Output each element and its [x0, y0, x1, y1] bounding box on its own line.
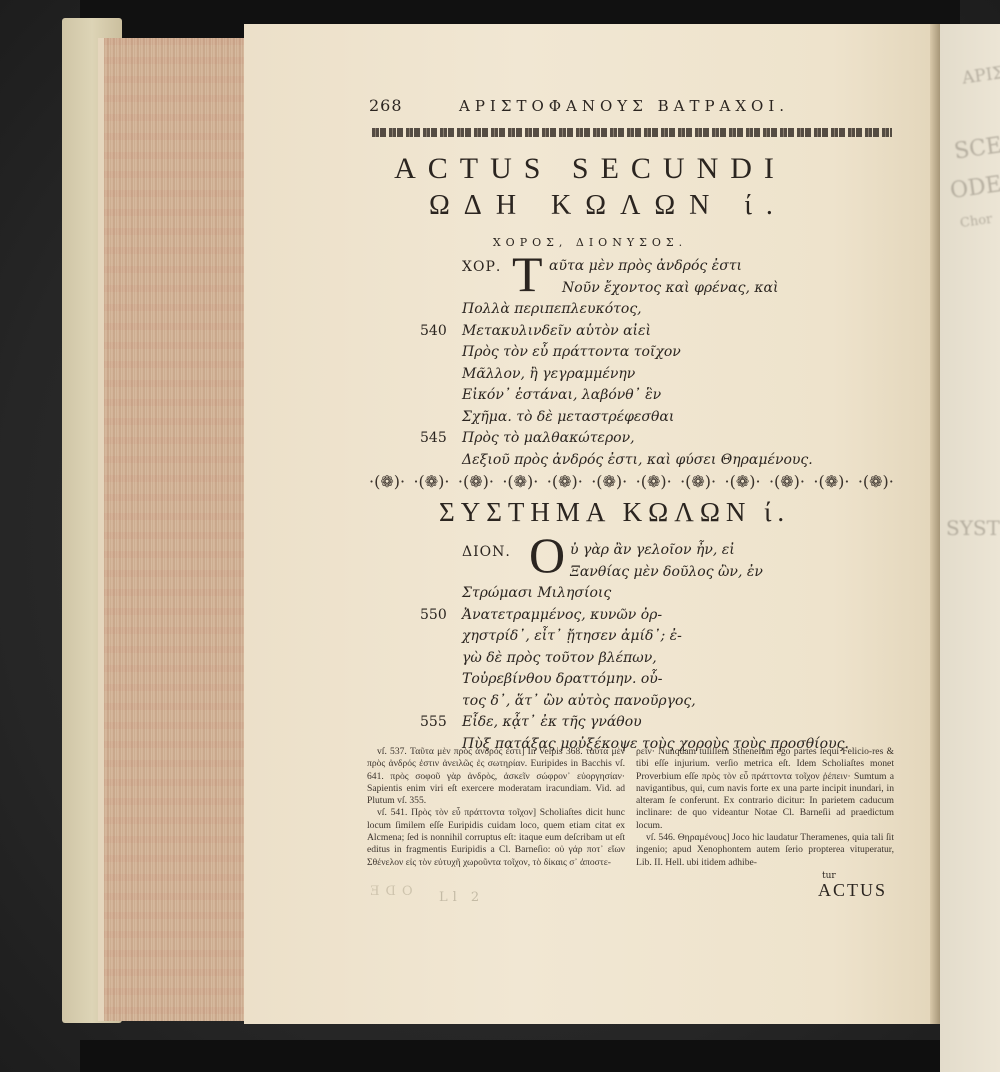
verse-line: Ξανθίας μὲν δοῦλος ὢν, ἐν	[570, 562, 763, 584]
verse-line: 555Εἶδε, κᾆτ᾽ ἐκ τῆς γνάθου	[462, 712, 849, 734]
speakers-line: ΧΟΡΟΣ, ΔΙΟΝΥΣΟΣ.	[244, 236, 936, 249]
verse-line: Σχῆμα. τὸ δὲ μεταστρέφεσθαι	[462, 407, 813, 429]
facing-fragment: ODE V	[949, 169, 1000, 204]
fleuron-icon: ·(❁)·	[680, 472, 716, 491]
fleuron-icon: ·(❁)·	[413, 472, 449, 491]
notes-left-column: vſ. 537. Ταῦτα μὲν πρὸς ἀνδρός ἐστι] In …	[367, 746, 625, 869]
verse-line: Πρὸς τὸν εὖ πράττοντα τοῖχον	[462, 342, 813, 364]
facing-fragment: Chor	[959, 212, 993, 231]
note-537: vſ. 537. Ταῦτα μὲν πρὸς ἀνδρός ἐστι] In …	[367, 746, 625, 807]
chorus-verse: αῦτα μὲν πρὸς ἀνδρός ἐστι Νοῦν ἔχοντος κ…	[549, 256, 766, 299]
note-546: vſ. 546. Θηραμένους] Joco hic laudatur T…	[636, 832, 894, 869]
dionysus-verse-cont: Στρώμασι Μιλησίοις 550Ἀνατετραμμένος, κυ…	[462, 583, 849, 755]
verse-line: χηστρίδ᾽, εἶτ᾽ ᾔτησεν ἀμίδ᾽; ἐ-	[462, 626, 849, 648]
fleuron-icon: ·(❁)·	[769, 472, 805, 491]
verse-line: Νοῦν ἔχοντος καὶ φρένας, καὶ	[562, 278, 779, 300]
speaker-chorus: ΧΟΡ.	[462, 259, 501, 275]
fleuron-row: ·(❁)··(❁)··(❁)··(❁)··(❁)··(❁)··(❁)··(❁)·…	[369, 471, 894, 491]
fleuron-icon: ·(❁)·	[725, 472, 761, 491]
signature-mark: Ll 2	[439, 890, 484, 905]
verse-line: Μᾶλλον, ἢ γεγραμμένην	[462, 364, 813, 386]
chorus-verse-cont: Πολλὰ περιπεπλευκότος, 540Μετακυλινδεῖν …	[462, 299, 813, 471]
fleuron-icon: ·(❁)·	[858, 472, 894, 491]
book-page: 268 ΑΡΙΣΤΟΦΑΝΟΥΣ ΒΑΤΡΑΧΟΙ. ACTUS SECUNDI…	[244, 24, 936, 1024]
facing-fragment: SCENA	[953, 128, 1000, 164]
verse-line: ὐ γὰρ ἂν γελοῖον ἦν, εἰ	[570, 540, 763, 562]
facing-fragment: SYSTEM	[946, 516, 1000, 540]
ornamental-rule	[372, 128, 892, 137]
note-541: vſ. 541. Πρὸς τὸν εὖ πράττοντα τοῖχον] S…	[367, 807, 625, 868]
speaker-dionysus: ΔΙΟΝ.	[462, 544, 511, 560]
bottom-shadow	[80, 1040, 940, 1072]
ode-heading: ΩΔΗ ΚΩΛΩΝ ί.	[429, 190, 787, 222]
verse-line: Πολλὰ περιπεπλευκότος,	[462, 299, 813, 321]
fleuron-icon: ·(❁)·	[369, 472, 405, 491]
fleuron-icon: ·(❁)·	[502, 472, 538, 491]
verse-line: Στρώμασι Μιλησίοις	[462, 583, 849, 605]
dropcap-t: T	[512, 249, 543, 299]
verse-line: Τοὐρεβίνθου δραττόμην. οὗ-	[462, 669, 849, 691]
fleuron-icon: ·(❁)·	[813, 472, 849, 491]
page-number: 268	[369, 96, 459, 115]
act-heading: ACTUS SECUNDI	[244, 152, 936, 186]
verse-line: 550Ἀνατετραμμένος, κυνῶν ὀρ-	[462, 605, 849, 627]
note-541-cont: ρεῖν· Nunquam tuliſſem Sthenelum ego par…	[636, 746, 894, 832]
dropcap-o: O	[529, 530, 565, 580]
running-title: ΑΡΙΣΤΟΦΑΝΟΥΣ ΒΑΤΡΑΧΟΙ.	[459, 97, 789, 115]
dionysus-verse: ὐ γὰρ ἂν γελοῖον ἦν, εἰ Ξανθίας μὲν δοῦλ…	[570, 540, 763, 583]
catchword: ACTUS	[818, 880, 887, 901]
verse-line: τος δ᾽, ἅτ᾽ ὢν αὐτὸς πανοῦργος,	[462, 691, 849, 713]
verse-line: 540Μετακυλινδεῖν αὑτὸν αἰεὶ	[462, 321, 813, 343]
fleuron-icon: ·(❁)·	[547, 472, 583, 491]
showthrough-text: ODE	[364, 884, 413, 899]
facing-fragment: ΑΡΙΣΤΟ	[961, 59, 1000, 88]
fleuron-icon: ·(❁)·	[458, 472, 494, 491]
fleuron-icon: ·(❁)·	[591, 472, 627, 491]
verse-line: Εἰκόν᾽ ἑστάναι, λαβόνθ᾽ ἓν	[462, 385, 813, 407]
systema-heading: ΣΥΣΤΗΜΑ ΚΩΛΩΝ ί.	[439, 497, 790, 528]
fleuron-icon: ·(❁)·	[636, 472, 672, 491]
verse-line: γὼ δὲ πρὸς τοῦτον βλέπων,	[462, 648, 849, 670]
verse-line: 545Πρὸς τὸ μαλθακώτερον,	[462, 428, 813, 450]
verse-line: Δεξιοῦ πρὸς ἀνδρός ἐστι, καὶ φύσει Θηραμ…	[462, 450, 813, 472]
facing-page: ΑΡΙΣΤΟ SCENA ODE V Chor SYSTEM	[940, 24, 1000, 1072]
page-edges	[98, 38, 252, 1021]
verse-line: αῦτα μὲν πρὸς ἀνδρός ἐστι	[549, 256, 766, 278]
running-head: 268 ΑΡΙΣΤΟΦΑΝΟΥΣ ΒΑΤΡΑΧΟΙ.	[369, 96, 899, 115]
notes-right-column: ρεῖν· Nunquam tuliſſem Sthenelum ego par…	[636, 746, 894, 869]
